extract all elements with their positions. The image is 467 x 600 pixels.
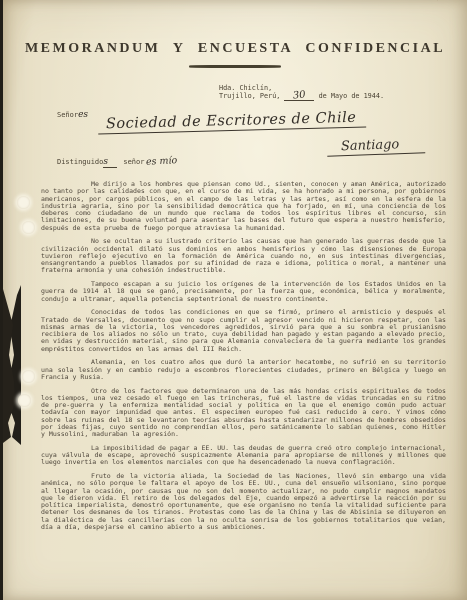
paragraph: La imposibilidad de pagar a EE. UU. las … bbox=[41, 445, 446, 467]
paragraph: No se ocultan a su ilustrado criterio la… bbox=[41, 238, 446, 274]
paragraph: Me dirijo a los hombres que piensan como… bbox=[41, 181, 446, 232]
salutation-handwritten-es-mio: es mío bbox=[144, 155, 178, 168]
recipient-block: Señores Sociedad de Escritores de Chile … bbox=[57, 110, 449, 131]
paragraph: Tampoco escapan a su juicio los orígenes… bbox=[41, 281, 446, 303]
letter-body: Me dirijo a los hombres que piensan como… bbox=[41, 181, 446, 538]
salutation-handwritten-s: s bbox=[103, 157, 117, 168]
salutation: Distinguidosseñores mío bbox=[57, 156, 178, 168]
dateline: Hda. Chiclín, Trujillo, Perú, 30 de Mayo… bbox=[219, 84, 384, 101]
punch-hole bbox=[22, 370, 35, 383]
recipient-name-handwritten: Sociedad de Escritores de Chile bbox=[97, 109, 366, 134]
recipient-label: Señor bbox=[57, 111, 78, 119]
paragraph: Conocidas de todos las condiciones en qu… bbox=[41, 309, 446, 353]
paragraph: Alemania, en los cuatro años que duró la… bbox=[41, 359, 446, 381]
punch-hole bbox=[22, 221, 35, 234]
letter-page: MEMORANDUM Y ENCUESTA CONFIDENCIAL Hda. … bbox=[3, 0, 467, 600]
paragraph: Otro de los factores que determinaron un… bbox=[41, 388, 446, 439]
paragraph: Fruto de la victoria aliada, la Sociedad… bbox=[41, 473, 446, 531]
torn-edge bbox=[3, 285, 21, 445]
punch-hole bbox=[18, 394, 31, 407]
recipient-label-suffix-handwritten: es bbox=[78, 110, 88, 120]
title-underline bbox=[189, 65, 281, 68]
handwritten-day: 30 bbox=[284, 92, 314, 101]
punch-hole bbox=[17, 196, 30, 209]
document-title: MEMORANDUM Y ENCUESTA CONFIDENCIAL bbox=[3, 41, 467, 57]
recipient-city-handwritten: Santiago bbox=[327, 136, 426, 156]
dateline-date: Trujillo, Perú, 30 de Mayo de 1944. bbox=[219, 92, 384, 101]
